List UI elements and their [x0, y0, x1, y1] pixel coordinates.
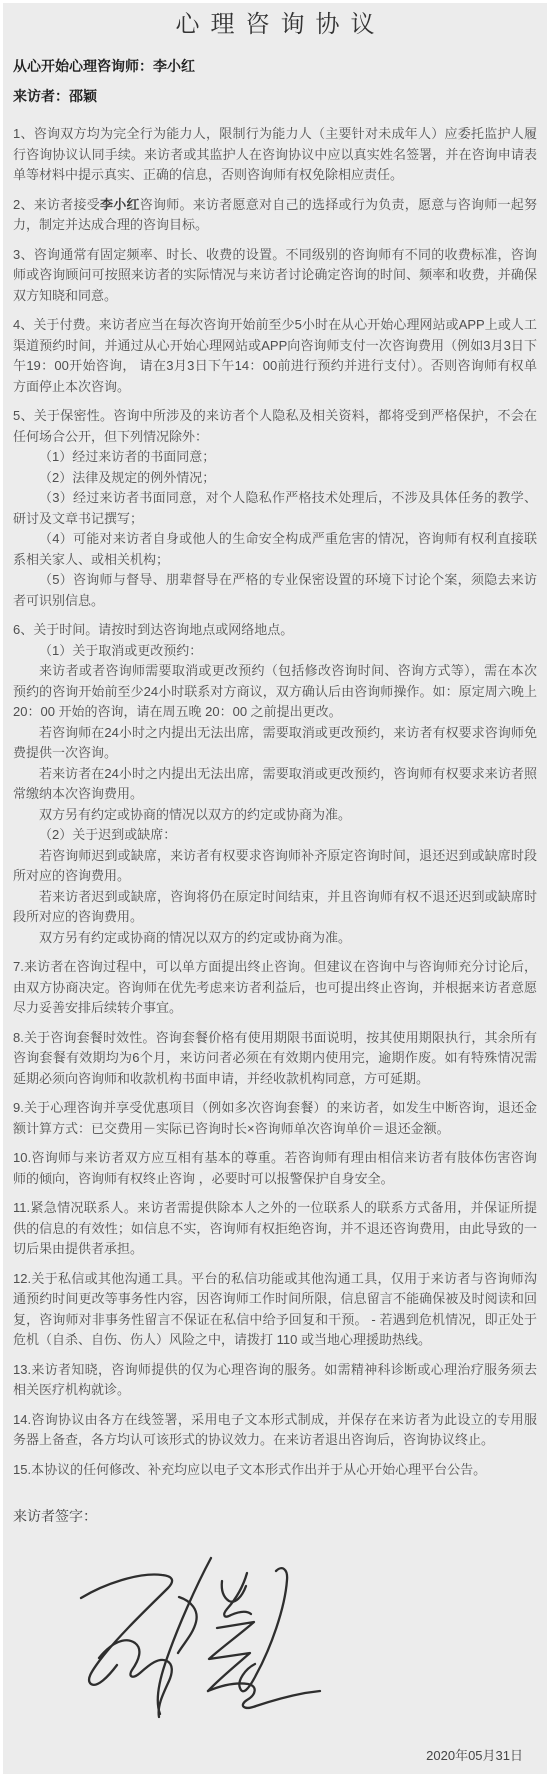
- counselor-label: 从心开始心理咨询师：: [13, 58, 153, 74]
- paragraph-6: 若咨询师迟到或缺席，来访者有权要求咨询师补齐原定咨询时间，退还迟到或缺席时段所对…: [13, 846, 537, 887]
- section-6: 6、关于时间。请按时到达咨询地点或网络地点。（1）关于取消或更改预约：来访者或者…: [13, 620, 537, 948]
- paragraph-14: 14.咨询协议由各方在线签署，采用电子文本形式制成，并保存在来访者为此设立的专用…: [13, 1410, 537, 1451]
- paragraph-6: 双方另有约定或协商的情况以双方的约定或协商为准。: [13, 928, 537, 949]
- paragraph-6: 6、关于时间。请按时到达咨询地点或网络地点。: [13, 620, 537, 641]
- paragraph-9: 9.关于心理咨询并享受优惠项目（例如多次咨询套餐）的来访者，如发生中断咨询，退还…: [13, 1098, 537, 1139]
- visitor-line: 来访者：邵颖: [13, 86, 537, 106]
- paragraph-6: （2）关于迟到或缺席：: [13, 825, 537, 846]
- signature-date: 2020年05月31日: [13, 1746, 537, 1766]
- document-frame: 心理咨询协议 从心开始心理咨询师：李小红 来访者：邵颖 1、咨询双方均为完全行为…: [0, 0, 550, 1774]
- paragraph-10: 10.咨询师与来访者双方应互相有基本的尊重。若咨询师有理由相信来访者有肢体伤害咨…: [13, 1148, 537, 1189]
- counselor-line: 从心开始心理咨询师：李小红: [13, 56, 537, 76]
- paragraph-12: 12.关于私信或其他沟通工具。平台的私信功能或其他沟通工具，仅用于来访者与咨询师…: [13, 1269, 537, 1351]
- paragraph-4: 4、关于付费。来访者应当在每次咨询开始前至少5小时在从心开始心理网站或APP上或…: [13, 315, 537, 397]
- paragraph-11: 11.紧急情况联系人。来访者需提供除本人之外的一位联系人的联系方式备用，并保证所…: [13, 1198, 537, 1260]
- paragraph-6: （1）关于取消或更改预约：: [13, 641, 537, 662]
- visitor-signature: [59, 1540, 339, 1740]
- paragraph-3: 3、咨询通常有固定频率、时长、收费的设置。不同级别的咨询师有不同的收费标准，咨询…: [13, 245, 537, 307]
- paragraph-8: 8.关于咨询套餐时效性。咨询套餐价格有使用期限书面说明，按其使用期限执行，其余所…: [13, 1028, 537, 1090]
- signature-label: 来访者签字：: [13, 1506, 537, 1526]
- counselor-name: 李小红: [153, 58, 195, 74]
- paragraph-6: 双方另有约定或协商的情况以双方的约定或协商为准。: [13, 805, 537, 826]
- paragraph-5: （3）经过来访者书面同意，对个人隐私作严格技术处理后，不涉及具体任务的教学、研讨…: [13, 488, 537, 529]
- paragraph-6: 若咨询师在24小时之内提出无法出席，需要取消或更改预约，来访者有权要求咨询师免费…: [13, 723, 537, 764]
- paragraph-6: 若来访者在24小时之内提出无法出席，需要取消或更改预约，咨询师有权要求来访者照常…: [13, 764, 537, 805]
- paragraph-6: 来访者或者咨询师需要取消或更改预约（包括修改咨询时间、咨询方式等），需在本次预约…: [13, 661, 537, 723]
- paragraph-5: （1）经过来访者的书面同意；: [13, 447, 537, 468]
- paragraph-15: 15.本协议的任何修改、补充均应以电子文本形式作出并于从心开始心理平台公告。: [13, 1460, 537, 1481]
- page-title: 心理咨询协议: [13, 8, 537, 42]
- paragraph-5: （5）咨询师与督导、朋辈督导在严格的专业保密设置的环境下讨论个案，须隐去来访者可…: [13, 570, 537, 611]
- visitor-name: 邵颖: [69, 88, 97, 104]
- paragraph-5: （2）法律及规定的例外情况；: [13, 468, 537, 489]
- inline-bold-name: 李小红: [100, 197, 140, 212]
- signature-handwriting-icon: [59, 1540, 339, 1740]
- agreement-document: 心理咨询协议 从心开始心理咨询师：李小红 来访者：邵颖 1、咨询双方均为完全行为…: [3, 3, 547, 1774]
- paragraph-5: （4）可能对来访者自身或他人的生命安全构成严重危害的情况，咨询师有权利直接联系相…: [13, 529, 537, 570]
- section-5: 5、关于保密性。咨询中所涉及的来访者个人隐私及相关资料，都将受到严格保护，不会在…: [13, 406, 537, 611]
- paragraph-6: 若来访者迟到或缺席，咨询将仍在原定时间结束，并且咨询师有权不退还迟到或缺席时段所…: [13, 887, 537, 928]
- visitor-label: 来访者：: [13, 88, 69, 104]
- paragraph-7: 7.来访者在咨询过程中，可以单方面提出终止咨询。但建议在咨询中与咨询师充分讨论后…: [13, 957, 537, 1019]
- paragraph-2: 2、来访者接受李小红咨询师。来访者愿意对自己的选择或行为负责，愿意与咨询师一起努…: [13, 195, 537, 236]
- paragraph-5: 5、关于保密性。咨询中所涉及的来访者个人隐私及相关资料，都将受到严格保护，不会在…: [13, 406, 537, 447]
- paragraph-13: 13.来访者知晓，咨询师提供的仅为心理咨询的服务。如需精神科诊断或心理治疗服务须…: [13, 1360, 537, 1401]
- paragraph-1: 1、咨询双方均为完全行为能力人，限制行为能力人（主要针对未成年人）应委托监护人履…: [13, 124, 537, 186]
- inline-text: 2、来访者接受: [13, 197, 100, 212]
- agreement-body: 1、咨询双方均为完全行为能力人，限制行为能力人（主要针对未成年人）应委托监护人履…: [13, 124, 537, 1480]
